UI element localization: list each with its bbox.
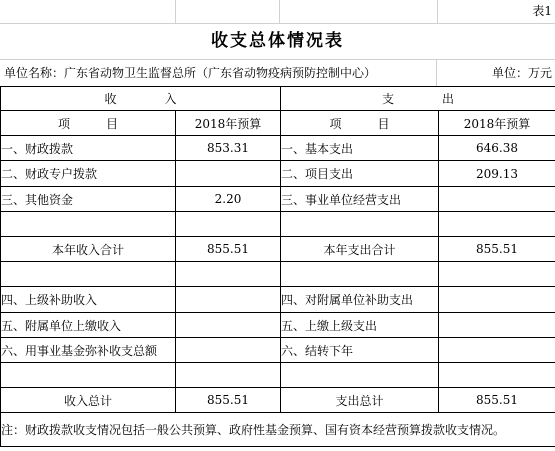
income-item-cell: 二、财政专户拨款 bbox=[1, 161, 176, 187]
income-item-cell: 本年收入合计 bbox=[1, 237, 176, 262]
table-row: 一、财政拨款 853.31 一、基本支出 646.38 bbox=[1, 136, 555, 161]
empty-grid-cell bbox=[176, 0, 280, 23]
budget-summary-page: 表1 收支总体情况表 单位名称：广东省动物卫生监督总所（广东省动物疫病预防控制中… bbox=[0, 0, 555, 451]
income-value-cell bbox=[176, 313, 281, 338]
note-row: 注：财政拨款收支情况包括一般公共预算、政府性基金预算、国有资本经营预算拨款收支情… bbox=[1, 413, 555, 447]
income-value-cell: 2.20 bbox=[176, 187, 281, 212]
income-item-cell: 四、上级补助收入 bbox=[1, 287, 176, 313]
unit-name-label: 单位名称：广东省动物卫生监督总所（广东省动物疫病预防控制中心） bbox=[0, 60, 437, 86]
expense-value-cell bbox=[439, 287, 555, 313]
expense-item-cell: 四、对附属单位补助支出 bbox=[281, 287, 439, 313]
table-row: 五、附属单位上缴收入 五、上缴上级支出 bbox=[1, 313, 555, 338]
table-row: 三、其他资金 2.20 三、事业单位经营支出 bbox=[1, 187, 555, 212]
income-item-cell: 收入总计 bbox=[1, 388, 176, 413]
subtotal-row: 本年收入合计 855.51 本年支出合计 855.51 bbox=[1, 237, 555, 262]
currency-unit-label: 单位：万元 bbox=[437, 60, 555, 86]
unit-info-row: 单位名称：广东省动物卫生监督总所（广东省动物疫病预防控制中心） 单位：万元 bbox=[0, 60, 555, 86]
page-title: 收支总体情况表 bbox=[0, 24, 555, 60]
income-value-cell bbox=[176, 338, 281, 363]
income-item-cell: 一、财政拨款 bbox=[1, 136, 176, 161]
income-item-cell bbox=[1, 212, 176, 237]
income-budget-header: 2018年预算 bbox=[176, 111, 281, 136]
expense-item-cell: 六、结转下年 bbox=[281, 338, 439, 363]
budget-table: 收 入 支 出 项 目 2018年预算 项 目 2018年预算 一、财政拨款 8… bbox=[0, 86, 555, 447]
income-value-cell bbox=[176, 363, 281, 388]
sheet-top-row: 表1 bbox=[0, 0, 555, 24]
expense-item-header: 项 目 bbox=[281, 111, 439, 136]
expense-item-cell: 三、事业单位经营支出 bbox=[281, 187, 439, 212]
expense-value-cell bbox=[439, 338, 555, 363]
expense-value-cell bbox=[439, 212, 555, 237]
expense-value-cell: 646.38 bbox=[439, 136, 555, 161]
income-item-cell: 五、附属单位上缴收入 bbox=[1, 313, 176, 338]
expense-item-cell bbox=[281, 363, 439, 388]
expense-item-cell: 支出总计 bbox=[281, 388, 439, 413]
income-item-cell: 六、用事业基金弥补收支总额 bbox=[1, 338, 176, 363]
expense-value-cell bbox=[439, 363, 555, 388]
expense-budget-header: 2018年预算 bbox=[439, 111, 555, 136]
expense-value-cell: 855.51 bbox=[439, 237, 555, 262]
table-row: 二、财政专户拨款 二、项目支出 209.13 bbox=[1, 161, 555, 187]
table-row: 四、上级补助收入 四、对附属单位补助支出 bbox=[1, 287, 555, 313]
expense-section-header: 支 出 bbox=[281, 87, 555, 111]
table-row: 六、用事业基金弥补收支总额 六、结转下年 bbox=[1, 338, 555, 363]
income-section-header: 收 入 bbox=[1, 87, 281, 111]
expense-value-cell bbox=[439, 187, 555, 212]
grand-total-row: 收入总计 855.51 支出总计 855.51 bbox=[1, 388, 555, 413]
expense-item-cell: 五、上缴上级支出 bbox=[281, 313, 439, 338]
income-item-cell: 三、其他资金 bbox=[1, 187, 176, 212]
income-item-cell bbox=[1, 363, 176, 388]
expense-value-cell bbox=[439, 313, 555, 338]
empty-grid-cell bbox=[280, 0, 438, 23]
expense-item-cell: 本年支出合计 bbox=[281, 237, 439, 262]
income-value-cell: 855.51 bbox=[176, 388, 281, 413]
expense-item-cell: 一、基本支出 bbox=[281, 136, 439, 161]
income-item-cell bbox=[1, 262, 176, 287]
income-value-cell bbox=[176, 161, 281, 187]
table-number-label: 表1 bbox=[438, 0, 555, 23]
section-header-row: 收 入 支 出 bbox=[1, 87, 555, 111]
income-value-cell: 855.51 bbox=[176, 237, 281, 262]
expense-item-cell: 二、项目支出 bbox=[281, 161, 439, 187]
expense-value-cell: 209.13 bbox=[439, 161, 555, 187]
income-value-cell: 853.31 bbox=[176, 136, 281, 161]
expense-item-cell bbox=[281, 262, 439, 287]
income-item-header: 项 目 bbox=[1, 111, 176, 136]
table-row-empty bbox=[1, 363, 555, 388]
income-value-cell bbox=[176, 212, 281, 237]
expense-value-cell: 855.51 bbox=[439, 388, 555, 413]
table-row-empty bbox=[1, 262, 555, 287]
empty-grid-cell bbox=[0, 0, 176, 23]
table-row-empty bbox=[1, 212, 555, 237]
column-header-row: 项 目 2018年预算 项 目 2018年预算 bbox=[1, 111, 555, 136]
expense-item-cell bbox=[281, 212, 439, 237]
footnote: 注：财政拨款收支情况包括一般公共预算、政府性基金预算、国有资本经营预算拨款收支情… bbox=[1, 413, 555, 447]
income-value-cell bbox=[176, 287, 281, 313]
income-value-cell bbox=[176, 262, 281, 287]
expense-value-cell bbox=[439, 262, 555, 287]
